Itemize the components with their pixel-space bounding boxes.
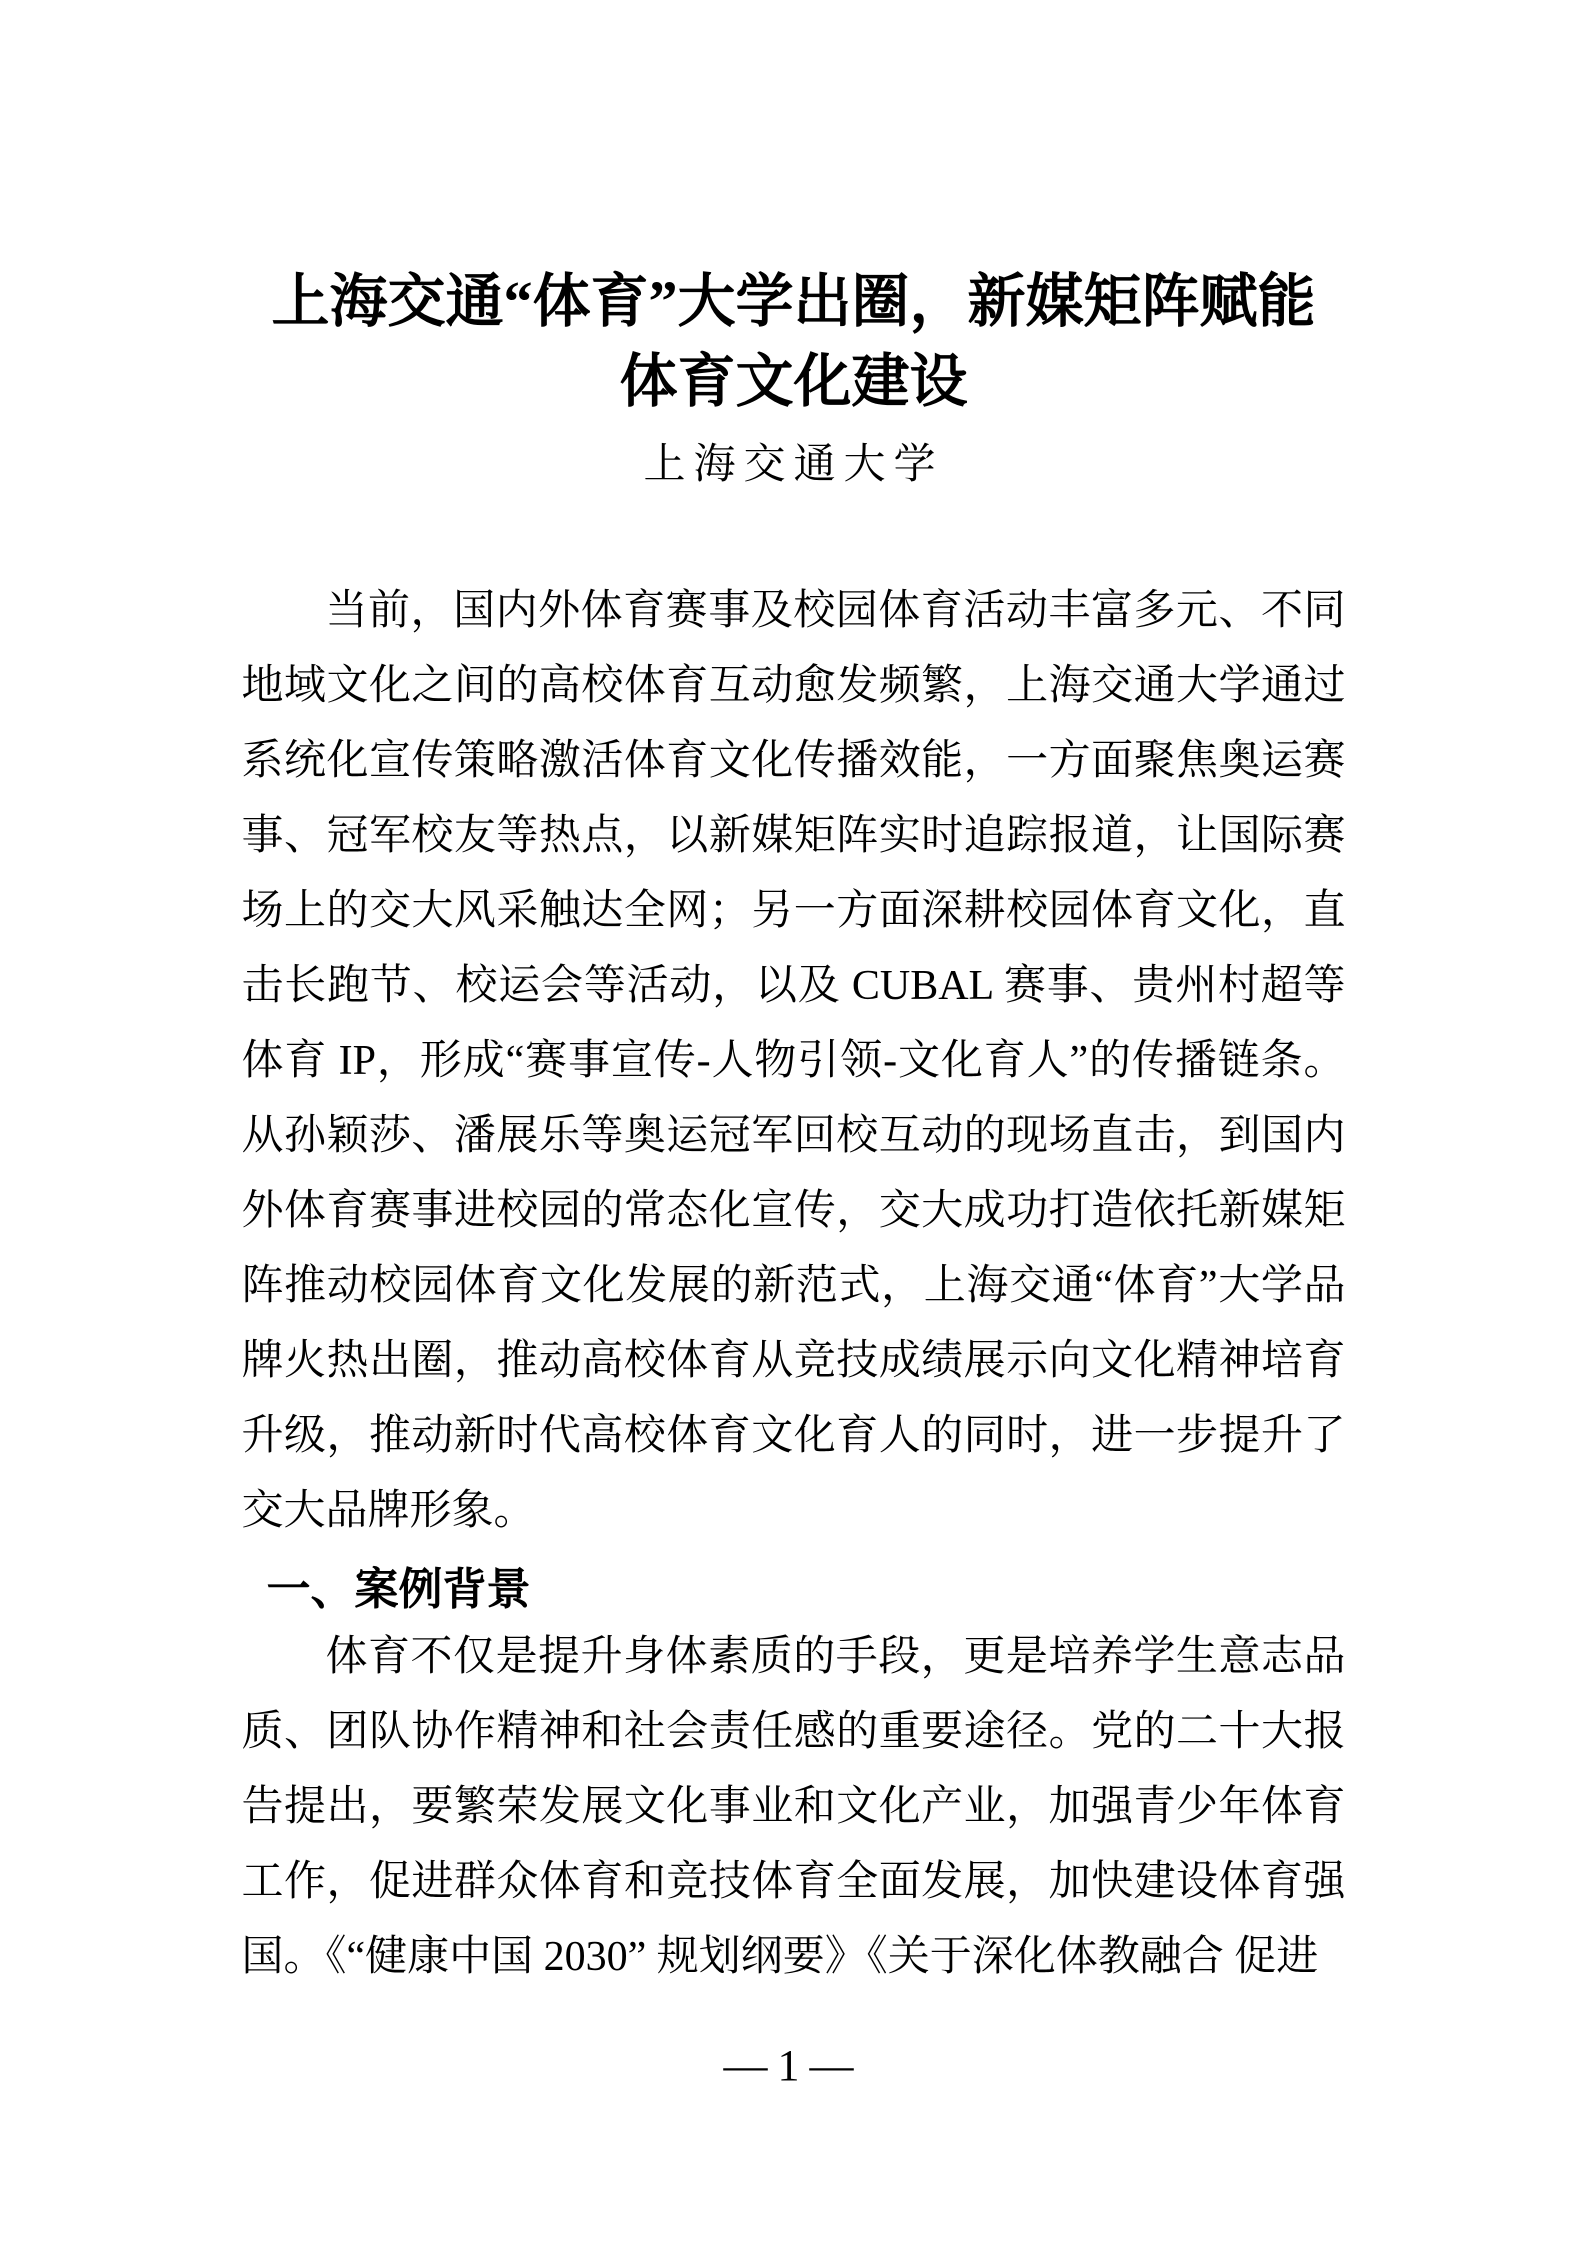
page-number: —1— <box>724 2041 864 2090</box>
section-heading-case-background: 一、案例背景 <box>242 1560 1346 1620</box>
document-content: 上海交通“体育”大学出圈，新媒矩阵赋能 体育文化建设 上海交通大学 当前，国内外… <box>242 0 1346 1995</box>
title-line-1: 上海交通“体育”大学出圈，新媒矩阵赋能 <box>242 262 1346 342</box>
document-page: 上海交通“体育”大学出圈，新媒矩阵赋能 体育文化建设 上海交通大学 当前，国内外… <box>0 0 1587 2245</box>
paragraph-intro: 当前，国内外体育赛事及校园体育活动丰富多元、不同地域文化之间的高校体育互动愈发频… <box>242 574 1346 1549</box>
author-line: 上海交通大学 <box>242 436 1346 494</box>
paragraph-background: 体育不仅是提升身体素质的手段，更是培养学生意志品质、团队协作精神和社会责任感的重… <box>242 1620 1346 1995</box>
title-line-2: 体育文化建设 <box>242 342 1346 422</box>
page-footer: —1— <box>0 2040 1587 2091</box>
document-title: 上海交通“体育”大学出圈，新媒矩阵赋能 体育文化建设 <box>242 262 1346 422</box>
